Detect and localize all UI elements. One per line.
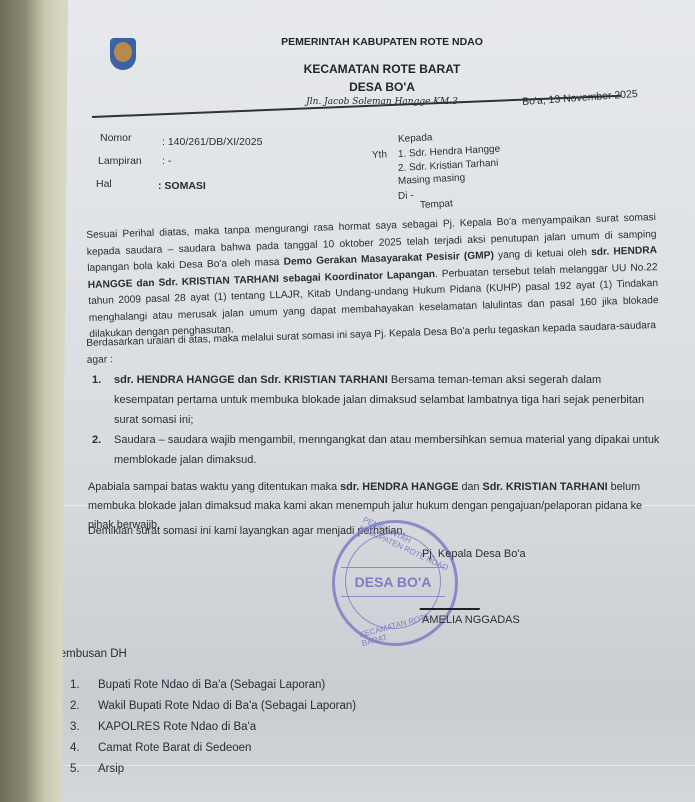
demand-text: Saudara – saudara wajib mengambil, menng… (114, 430, 662, 470)
nomor-value: : 140/261/DB/XI/2025 (162, 136, 262, 148)
p3-text: Apabiala sampai batas waktu yang ditentu… (88, 481, 340, 493)
p1-text: yang di ketuai oleh (494, 247, 592, 261)
letterhead-government: PEMERINTAH KABUPATEN ROTE NDAO (62, 36, 695, 48)
masing-label: Masing masing (398, 172, 466, 187)
signatory-name: AMELIA NGGADAS (422, 614, 520, 626)
kepada-label: Kepada (398, 132, 433, 145)
demand-number: 1. (92, 370, 114, 430)
lampiran-label: Lampiran (98, 155, 142, 167)
cc-list: 1.Bupati Rote Ndao di Ba'a (Sebagai Lapo… (70, 675, 356, 780)
demand-number: 2. (92, 430, 114, 470)
cc-text: Camat Rote Barat di Sedeoen (98, 738, 251, 759)
cc-number: 2. (70, 696, 98, 717)
p3-text: dan (458, 481, 482, 493)
hal-label: Hal (96, 178, 112, 190)
hal-value: : SOMASI (158, 180, 206, 192)
letterhead-district: KECAMATAN ROTE BARAT (62, 62, 695, 76)
cc-item: 3.KAPOLRES Rote Ndao di Ba'a (70, 717, 356, 738)
cc-title: Tembusan DH (54, 648, 127, 660)
tempat-label: Tempat (420, 198, 453, 211)
signatory-title: Pj. Kepala Desa Bo'a (422, 548, 526, 560)
demand-bold: sdr. HENDRA HANGGE dan Sdr. KRISTIAN TAR… (114, 374, 388, 386)
recipient-2: 2. Sdr. Kristian Tarhani (398, 158, 499, 174)
nomor-label: Nomor (100, 132, 132, 144)
cc-item: 1.Bupati Rote Ndao di Ba'a (Sebagai Lapo… (70, 675, 356, 696)
p3-bold: sdr. HENDRA HANGGE (340, 481, 458, 493)
lampiran-value: : - (162, 155, 171, 167)
cc-text: KAPOLRES Rote Ndao di Ba'a (98, 717, 256, 738)
p3-bold: Sdr. KRISTIAN TARHANI (483, 481, 608, 493)
demand-item: 1. sdr. HENDRA HANGGE dan Sdr. KRISTIAN … (92, 370, 662, 430)
p1-bold-org: Demo Gerakan Masayarakat Pesisir (GMP) (284, 250, 495, 268)
demands-list: 1. sdr. HENDRA HANGGE dan Sdr. KRISTIAN … (92, 370, 662, 470)
demand-item: 2. Saudara – saudara wajib mengambil, me… (92, 430, 662, 470)
cc-item: 2.Wakil Bupati Rote Ndao di Ba'a (Sebaga… (70, 696, 356, 717)
cc-text: Bupati Rote Ndao di Ba'a (Sebagai Lapora… (98, 675, 325, 696)
cc-number: 3. (70, 717, 98, 738)
letter-paper: PEMERINTAH KABUPATEN ROTE NDAO KECAMATAN… (62, 0, 695, 802)
cc-item: 5.Arsip (70, 759, 356, 780)
cc-number: 5. (70, 759, 98, 780)
cc-number: 4. (70, 738, 98, 759)
cc-number: 1. (70, 675, 98, 696)
cc-item: 4.Camat Rote Barat di Sedeoen (70, 738, 356, 759)
cc-text: Wakil Bupati Rote Ndao di Ba'a (Sebagai … (98, 696, 356, 717)
cc-text: Arsip (98, 759, 124, 780)
di-label: Di - (398, 190, 414, 202)
yth-label: Yth (372, 149, 388, 161)
